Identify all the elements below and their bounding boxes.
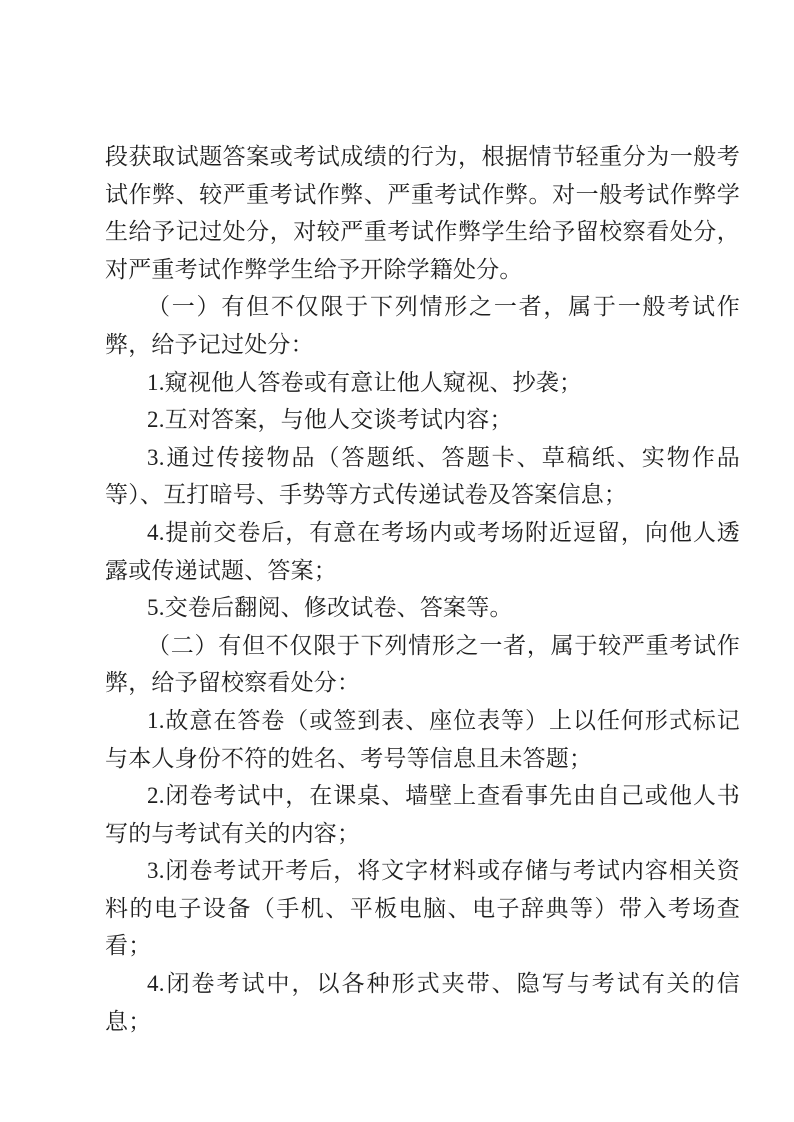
paragraph-section-1-heading: （一）有但不仅限于下列情形之一者，属于一般考试作弊，给予记过处分： — [105, 288, 740, 363]
paragraph-section-1-item-2: 2.互对答案，与他人交谈考试内容； — [105, 401, 740, 439]
paragraph-section-2-item-1: 1.故意在答卷（或签到表、座位表等）上以任何形式标记与本人身份不符的姓名、考号等… — [105, 702, 740, 777]
paragraph-section-1-item-4: 4.提前交卷后，有意在考场内或考场附近逗留，向他人透露或传递试题、答案； — [105, 514, 740, 589]
paragraph-section-2-item-2: 2.闭卷考试中，在课桌、墙壁上查看事先由自己或他人书写的与考试有关的内容； — [105, 777, 740, 852]
paragraph-section-1-item-5: 5.交卷后翻阅、修改试卷、答案等。 — [105, 589, 740, 627]
paragraph-section-2-item-4: 4.闭卷考试中，以各种形式夹带、隐写与考试有关的信息； — [105, 965, 740, 1040]
paragraph-section-2-item-3: 3.闭卷考试开考后，将文字材料或存储与考试内容相关资料的电子设备（手机、平板电脑… — [105, 852, 740, 965]
paragraph-section-1-item-1: 1.窥视他人答卷或有意让他人窥视、抄袭； — [105, 364, 740, 402]
document-body: 段获取试题答案或考试成绩的行为，根据情节轻重分为一般考试作弊、较严重考试作弊、严… — [105, 138, 740, 1040]
paragraph-section-2-heading: （二）有但不仅限于下列情形之一者，属于较严重考试作弊，给予留校察看处分： — [105, 627, 740, 702]
paragraph-section-1-item-3: 3.通过传接物品（答题纸、答题卡、草稿纸、实物作品等）、互打暗号、手势等方式传递… — [105, 439, 740, 514]
document-page: 段获取试题答案或考试成绩的行为，根据情节轻重分为一般考试作弊、较严重考试作弊、严… — [0, 0, 794, 1122]
paragraph-continuation: 段获取试题答案或考试成绩的行为，根据情节轻重分为一般考试作弊、较严重考试作弊、严… — [105, 138, 740, 288]
